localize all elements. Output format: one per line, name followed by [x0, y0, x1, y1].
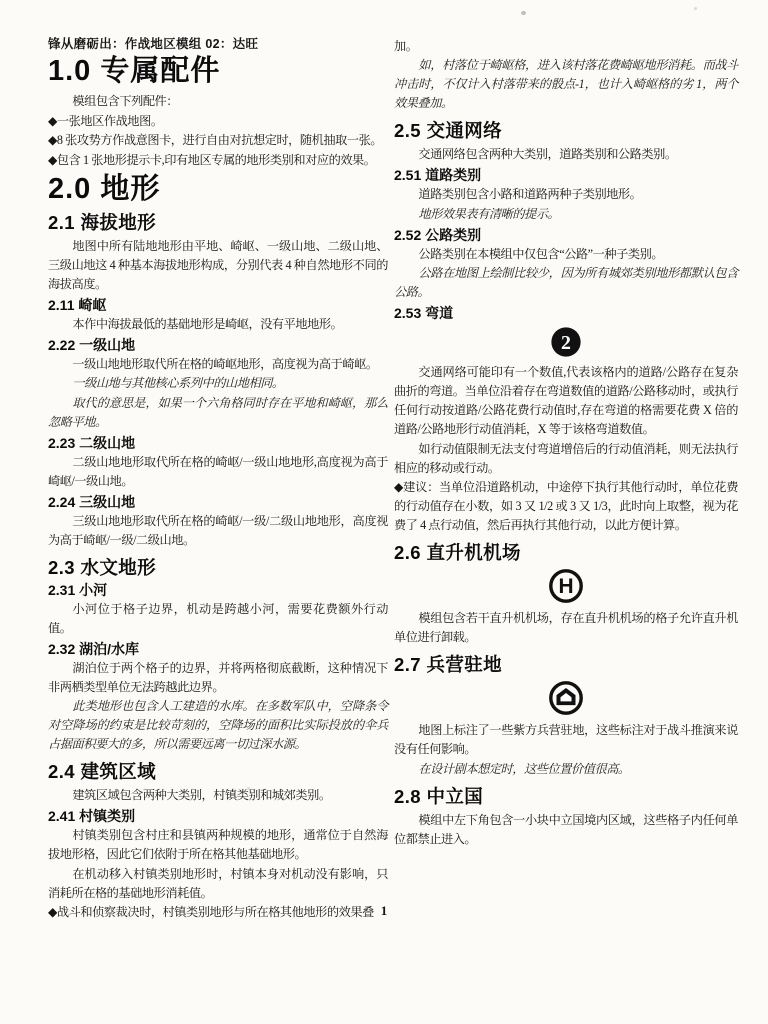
right-column: 加。如，村落位于崎岖格，进入该村落花费崎岖地形消耗。而战斗冲击时，不仅计入村落带…: [394, 36, 738, 849]
section-2-31-heading: 2.31 小河: [48, 582, 388, 599]
mountain1-note-1: 一级山地与其他核心系列中的山地相同。: [48, 374, 388, 393]
barracks-icon: [547, 679, 585, 717]
section-2-23-heading: 2.23 二级山地: [48, 435, 388, 452]
elevation-intro: 地图中所有陆地地形由平地、崎岖、一级山地、二级山地、三级山地这 4 种基本海拔地…: [48, 237, 388, 294]
component-item-intent-cards: ◆8 张攻势方作战意图卡，进行自由对抗想定时，随机抽取一张。: [48, 131, 388, 150]
scan-speck: [247, 787, 250, 790]
village-example-note: 如，村落位于崎岖格，进入该村落花费崎岖地形消耗。而战斗冲击时，不仅计入村落带来的…: [394, 56, 738, 113]
section-2-6-heading: 2.6 直升机机场: [394, 542, 738, 564]
page-number: 1: [0, 903, 768, 919]
scan-speck: [604, 256, 607, 259]
road-text: 道路类别包含小路和道路两种子类别地形。: [394, 185, 738, 204]
section-2-51-heading: 2.51 道路类别: [394, 167, 738, 184]
stream-text: 小河位于格子边界，机动是跨越小河，需要花费额外行动值。: [48, 600, 388, 638]
section-2-52-heading: 2.52 公路类别: [394, 227, 738, 244]
mountain2-text: 二级山地地形取代所在格的崎岖/一级山地地形,高度视为高于崎岖/一级山地。: [48, 453, 388, 491]
building-intro: 建筑区域包含两种大类别，村镇类别和城郊类别。: [48, 786, 388, 805]
barracks-note: 在设计剧本想定时，这些位置价值很高。: [394, 760, 738, 779]
section-2-0-heading: 2.0 地形: [48, 173, 388, 205]
barracks-icon-row: [394, 679, 738, 717]
lake-note: 此类地形也包含人工建造的水库。在多数军队中，空降条令对空降场的约束是比较苛刻的，…: [48, 697, 388, 754]
mountain1-text: 一级山地地形取代所在格的崎岖地形，高度视为高于崎岖。: [48, 355, 388, 374]
section-2-53-heading: 2.53 弯道: [394, 305, 738, 322]
highway-text: 公路类别在本模组中仅包含“公路”一种子类别。: [394, 245, 738, 264]
lake-text: 湖泊位于两个格子的边界，并将两格彻底截断，这种情况下非两栖类型单位无法跨越此边界…: [48, 659, 388, 697]
traffic-intro: 交通网络包含两种大类别，道路类别和公路类别。: [394, 145, 738, 164]
heliport-icon-row: H: [394, 567, 738, 605]
heliport-icon-glyph: H: [558, 575, 573, 598]
village-text-2: 在机动移入村镇类别地形时，村镇本身对机动没有影响，只消耗所在格的基础地形消耗值。: [48, 865, 388, 903]
mountain3-text: 三级山地地形取代所在格的崎岖/一级/二级山地地形，高度视为高于崎岖/一级/二级山…: [48, 512, 388, 550]
section-2-24-heading: 2.24 三级山地: [48, 494, 388, 511]
section-2-3-heading: 2.3 水文地形: [48, 557, 388, 579]
curve-multiplier-icon-glyph: 2: [561, 332, 571, 354]
component-item-map: ◆一张地区作战地图。: [48, 112, 388, 131]
section-2-41-heading: 2.41 村镇类别: [48, 808, 388, 825]
section-2-5-heading: 2.5 交通网络: [394, 120, 738, 142]
curve-text-2: 如行动值限制无法支付弯道增倍后的行动值消耗，则无法执行相应的移动或行动。: [394, 440, 738, 478]
village-bullet-continuation: 加。: [394, 37, 738, 56]
section-2-1-heading: 2.1 海拔地形: [48, 212, 388, 234]
components-intro: 模组包含下列配件：: [48, 92, 388, 111]
section-2-8-heading: 2.8 中立国: [394, 786, 738, 808]
highway-note: 公路在地图上绘制比较少，因为所有城郊类别地形都默认包含公路。: [394, 264, 738, 302]
neutral-text: 模组中左下角包含一小块中立国境内区域，这些格子内任何单位都禁止进入。: [394, 811, 738, 849]
curve-multiplier-icon: 2: [549, 325, 583, 359]
section-2-7-heading: 2.7 兵营驻地: [394, 654, 738, 676]
section-2-32-heading: 2.32 湖泊/水库: [48, 641, 388, 658]
section-1-0-heading: 1.0 专属配件: [48, 55, 388, 87]
scanned-rulebook-page: 锋从磨砺出：作战地区模组 02：达旺1.0 专属配件模组包含下列配件：◆一张地区…: [0, 0, 768, 1024]
left-column: 锋从磨砺出：作战地区模组 02：达旺1.0 专属配件模组包含下列配件：◆一张地区…: [48, 36, 388, 923]
section-2-22-heading: 2.22 一级山地: [48, 337, 388, 354]
scan-speck: [694, 7, 697, 10]
rough-text: 本作中海拔最低的基础地形是崎岖，没有平地地形。: [48, 315, 388, 334]
mountain1-note-2: 取代的意思是，如果一个六角格同时存在平地和崎岖，那么忽略平地。: [48, 394, 388, 432]
road-note: 地形效果表有清晰的提示。: [394, 205, 738, 224]
curve-suggestion-bullet: ◆建议：当单位沿道路机动，中途停下执行其他行动时，单位花费的行动值存在小数，如 …: [394, 478, 738, 535]
section-2-4-heading: 2.4 建筑区域: [48, 761, 388, 783]
component-item-terrain-card: ◆包含 1 张地形提示卡,印有地区专属的地形类别和对应的效果。: [48, 151, 388, 170]
section-2-11-heading: 2.11 崎岖: [48, 297, 388, 314]
curve-text-1: 交通网络可能印有一个数值,代表该格内的道路/公路存在复杂曲折的弯道。当单位沿着存…: [394, 363, 738, 439]
curve-multiplier-icon-row: 2: [394, 325, 738, 359]
barracks-text: 地图上标注了一些紫方兵营驻地，这些标注对于战斗推演来说没有任何影响。: [394, 721, 738, 759]
village-text-1: 村镇类别包含村庄和县镇两种规模的地形，通常位于自然海拔地形格，因此它们依附于所在…: [48, 826, 388, 864]
running-header: 锋从磨砺出：作战地区模组 02：达旺: [48, 36, 388, 52]
heliport-icon: H: [547, 567, 585, 605]
scan-speck: [521, 11, 526, 15]
heliport-text: 模组包含若干直升机机场，存在直升机机场的格子允许直升机单位进行卸载。: [394, 609, 738, 647]
